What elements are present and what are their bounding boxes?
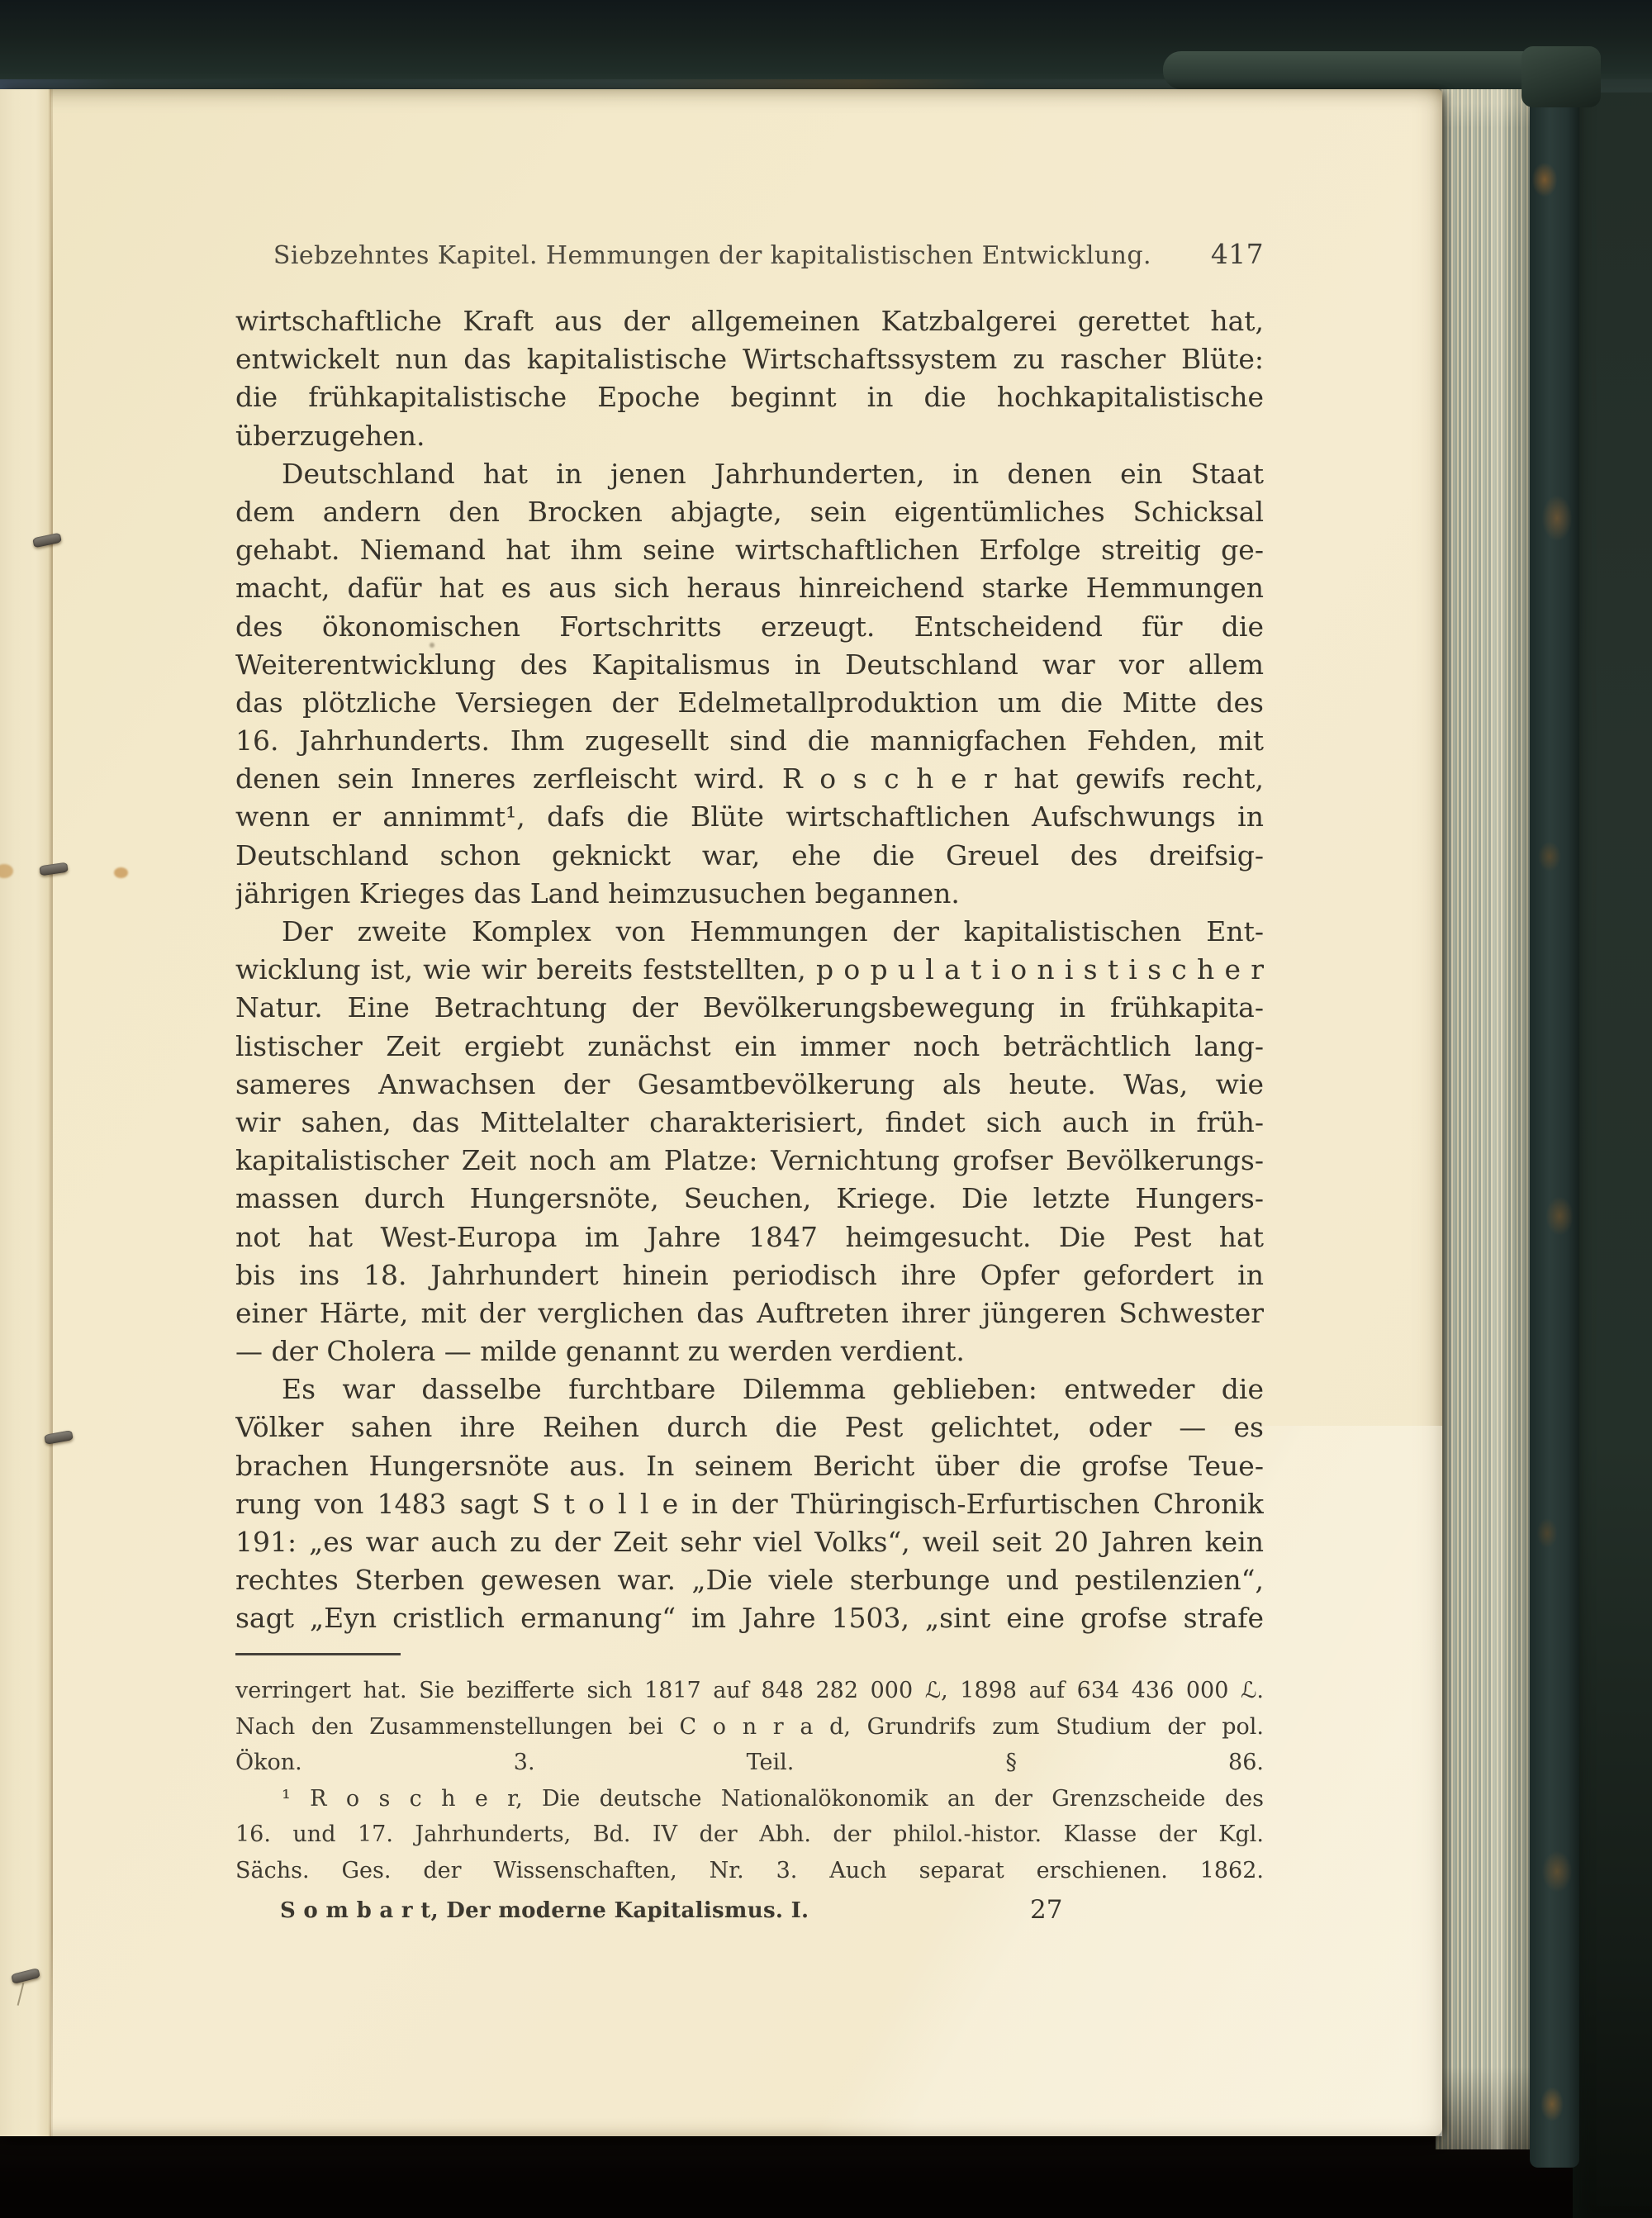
page-crease bbox=[51, 89, 53, 2136]
body-text-line: sagt „Eyn cristlich ermanung“ im Jahre 1… bbox=[235, 1599, 1264, 1637]
body-text-line: Natur. Eine Betrachtung der Bevölkerungs… bbox=[235, 989, 1264, 1027]
sheet-number: 27 bbox=[1030, 1895, 1062, 1925]
body-text-line: Weiterentwicklung des Kapitalismus in De… bbox=[235, 646, 1264, 684]
page-number: 417 bbox=[1211, 238, 1264, 270]
footnote-line: Nach den Zusammenstellungen bei C o n r … bbox=[235, 1709, 1264, 1745]
book-page: Siebzehntes Kapitel. Hemmungen der kapit… bbox=[0, 89, 1442, 2136]
body-text-line: wenn er annimmt¹, dafs die Blüte wirtsch… bbox=[235, 798, 1264, 836]
page-stack-fore-edge bbox=[1436, 83, 1536, 2149]
body-text-line: not hat West-Europa im Jahre 1847 heimge… bbox=[235, 1218, 1264, 1256]
body-text-line: 191: „es war auch zu der Zeit sehr viel … bbox=[235, 1523, 1264, 1561]
book-signature: S o m b a r t, Der moderne Kapitalismus.… bbox=[235, 1898, 809, 1923]
footnote-separator-rule bbox=[235, 1653, 401, 1655]
body-text-line: denen sein Inneres zerfleischt wird. R o… bbox=[235, 760, 1264, 798]
signature-line: S o m b a r t, Der moderne Kapitalismus.… bbox=[235, 1898, 1264, 1923]
body-text-line: die frühkapitalistische Epoche beginnt i… bbox=[235, 378, 1264, 416]
body-text-line: rechtes Sterben gewesen war. „Die viele … bbox=[235, 1561, 1264, 1599]
body-text: wirtschaftliche Kraft aus der allgemeine… bbox=[235, 302, 1264, 1638]
body-text-line: wir sahen, das Mittelalter charakterisie… bbox=[235, 1104, 1264, 1142]
body-text-line: des ökonomischen Fortschritts erzeugt. E… bbox=[235, 608, 1264, 646]
book-cover-corner bbox=[1521, 46, 1601, 107]
body-text-line: macht, dafür hat es aus sich heraus hinr… bbox=[235, 569, 1264, 607]
footnote-line: 16. und 17. Jahrhunderts, Bd. IV der Abh… bbox=[235, 1817, 1264, 1853]
body-text-line: Deutschland schon geknickt war, ehe die … bbox=[235, 837, 1264, 875]
fox-spot bbox=[114, 867, 128, 878]
body-text-line: Deutschland hat in jenen Jahrhunderten, … bbox=[235, 455, 1264, 493]
body-text-line: einer Härte, mit der verglichen das Auft… bbox=[235, 1294, 1264, 1332]
body-text-line: listischer Zeit ergiebt zunächst ein imm… bbox=[235, 1028, 1264, 1066]
body-text-line: rung von 1483 sagt S t o l l e in der Th… bbox=[235, 1485, 1264, 1523]
book-photo: Siebzehntes Kapitel. Hemmungen der kapit… bbox=[0, 0, 1652, 2218]
body-text-line: bis ins 18. Jahrhundert hinein periodisc… bbox=[235, 1256, 1264, 1294]
footnote-line: Sächs. Ges. der Wissenschaften, Nr. 3. A… bbox=[235, 1853, 1264, 1889]
footnote-line: verringert hat. Sie bezifferte sich 1817… bbox=[235, 1673, 1264, 1709]
body-text-line: — der Cholera — milde genannt zu werden … bbox=[235, 1332, 1264, 1370]
body-text-line: 16. Jahrhunderts. Ihm zugesellt sind die… bbox=[235, 722, 1264, 760]
footnote-line: Ökon. 3. Teil. § 86. bbox=[235, 1745, 1264, 1781]
body-text-line: brachen Hungersnöte aus. In seinem Beric… bbox=[235, 1447, 1264, 1485]
body-text-line: überzugehen. bbox=[235, 417, 1264, 455]
body-text-line: Völker sahen ihre Reihen durch die Pest … bbox=[235, 1408, 1264, 1446]
footnote-line: ¹ R o s c h e r, Die deutsche Nationalök… bbox=[235, 1781, 1264, 1817]
body-text-line: sameres Anwachsen der Gesamtbevölkerung … bbox=[235, 1066, 1264, 1104]
body-text-line: kapitalistischer Zeit noch am Platze: Ve… bbox=[235, 1142, 1264, 1180]
body-text-line: jährigen Krieges das Land heimzusuchen b… bbox=[235, 875, 1264, 913]
body-text-line: wicklung ist, wie wir bereits feststellt… bbox=[235, 951, 1264, 989]
body-text-line: Der zweite Komplex von Hemmungen der kap… bbox=[235, 913, 1264, 951]
body-text-line: Es war dasselbe furchtbare Dilemma gebli… bbox=[235, 1370, 1264, 1408]
body-text-line: gehabt. Niemand hat ihm seine wirtschaft… bbox=[235, 531, 1264, 569]
page-gutter-edge bbox=[0, 89, 51, 2136]
body-text-line: dem andern den Brocken abjagte, sein eig… bbox=[235, 493, 1264, 531]
book-cover-right bbox=[1573, 0, 1652, 2218]
running-header: Siebzehntes Kapitel. Hemmungen der kapit… bbox=[235, 238, 1264, 270]
body-text-line: massen durch Hungersnöte, Seuchen, Krieg… bbox=[235, 1180, 1264, 1218]
running-header-title: Siebzehntes Kapitel. Hemmungen der kapit… bbox=[235, 241, 1189, 270]
body-text-line: das plötzliche Versiegen der Edelmetallp… bbox=[235, 684, 1264, 722]
body-text-line: wirtschaftliche Kraft aus der allgemeine… bbox=[235, 302, 1264, 340]
marbled-binding-edge bbox=[1530, 53, 1579, 2168]
book-cover-top-roll bbox=[1163, 51, 1551, 89]
body-text-line: entwickelt nun das kapitalistische Wirts… bbox=[235, 340, 1264, 378]
footnotes: verringert hat. Sie bezifferte sich 1817… bbox=[235, 1673, 1264, 1888]
book-cover-bottom-edge bbox=[0, 2135, 1652, 2218]
